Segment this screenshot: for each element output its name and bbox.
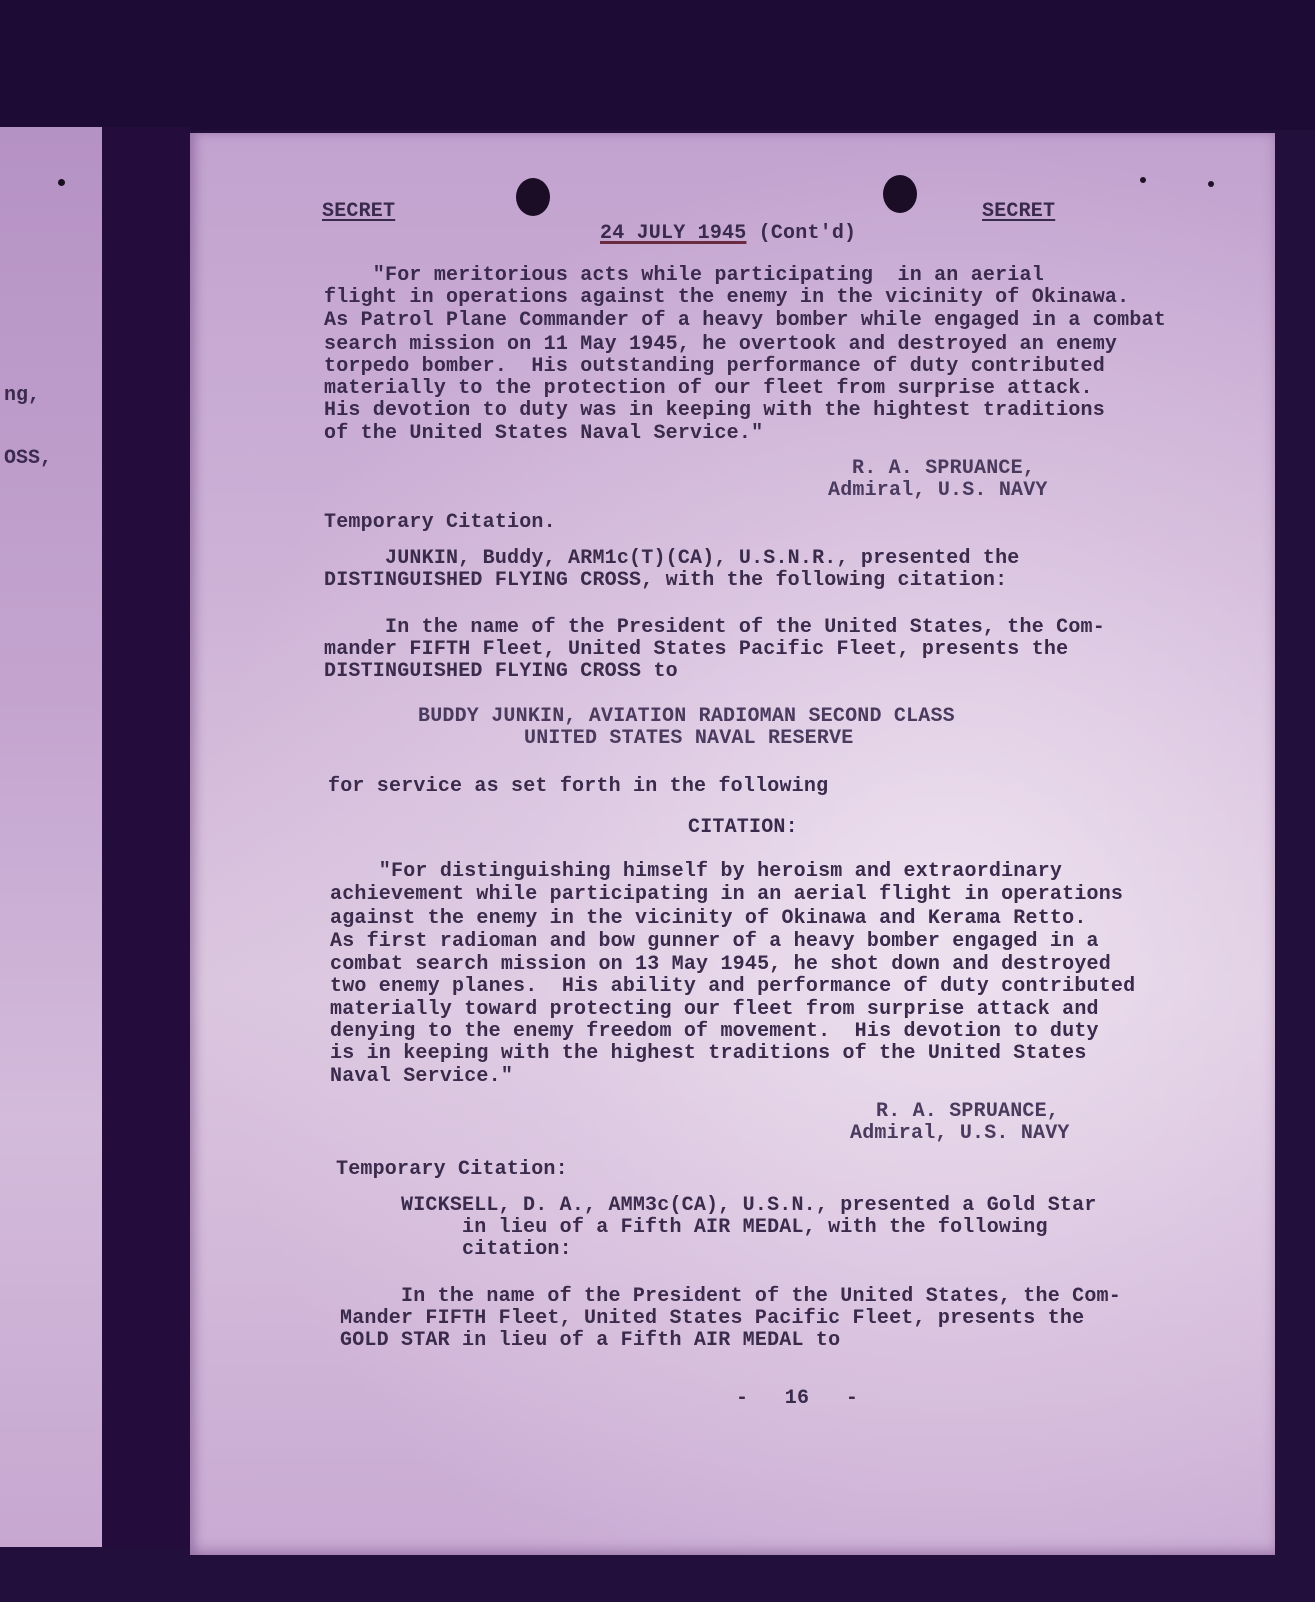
text-line: Naval Service."	[330, 1066, 513, 1088]
text-line: WICKSELL, D. A., AMM3c(CA), U.S.N., pres…	[340, 1195, 1097, 1217]
text-line: against the enemy in the vicinity of Oki…	[330, 908, 1087, 930]
text-line: search mission on 11 May 1945, he overto…	[324, 334, 1117, 356]
classification-right: SECRET	[982, 201, 1055, 223]
speck	[1140, 177, 1146, 183]
text-line: "For meritorious acts while participatin…	[324, 265, 1044, 287]
film-gap	[102, 127, 190, 1547]
text-line: DISTINGUISHED FLYING CROSS to	[324, 661, 678, 683]
recipient-name: BUDDY JUNKIN, AVIATION RADIOMAN SECOND C…	[418, 706, 955, 728]
text-line: flight in operations against the enemy i…	[324, 287, 1129, 309]
text-line: His devotion to duty was in keeping with…	[324, 400, 1105, 422]
text-line: two enemy planes. His ability and perfor…	[330, 976, 1135, 998]
text-line: materially toward protecting our fleet f…	[330, 999, 1099, 1021]
document-page: SECRET SECRET 24 JULY 1945 (Cont'd) "For…	[190, 133, 1275, 1555]
page-number: - 16 -	[736, 1388, 858, 1410]
section-heading: Temporary Citation:	[336, 1159, 568, 1181]
speck	[58, 179, 65, 186]
text-line: In the name of the President of the Unit…	[324, 617, 1105, 639]
left-page-text-fragment: OSS,	[4, 447, 52, 470]
recipient-unit: UNITED STATES NAVAL RESERVE	[524, 728, 853, 750]
text-line: DISTINGUISHED FLYING CROSS, with the fol…	[324, 570, 1007, 592]
text-line: in lieu of a Fifth AIR MEDAL, with the f…	[340, 1217, 1048, 1239]
film-border-top	[0, 0, 1315, 130]
adjacent-page-fragment: ng, OSS,	[0, 127, 102, 1547]
date-text: 24 JULY 1945	[600, 222, 746, 245]
text-line: mander FIFTH Fleet, United States Pacifi…	[324, 639, 1068, 661]
citation-label: CITATION:	[688, 817, 798, 839]
text-line: GOLD STAR in lieu of a Fifth AIR MEDAL t…	[340, 1330, 840, 1352]
text-line: materially to the protection of our flee…	[324, 378, 1093, 400]
classification-left: SECRET	[322, 201, 395, 223]
text-line: As first radioman and bow gunner of a he…	[330, 931, 1099, 953]
text-line: of the United States Naval Service."	[324, 423, 763, 445]
punch-hole	[883, 175, 917, 213]
text-line: citation:	[340, 1239, 572, 1261]
signature-name: R. A. SPRUANCE,	[852, 458, 1035, 480]
signature-name: R. A. SPRUANCE,	[876, 1101, 1059, 1123]
text-line: is in keeping with the highest tradition…	[330, 1043, 1087, 1065]
page-date: 24 JULY 1945 (Cont'd)	[600, 223, 856, 245]
text-line: In the name of the President of the Unit…	[340, 1286, 1121, 1308]
text-line: "For distinguishing himself by heroism a…	[330, 861, 1062, 883]
punch-hole	[516, 178, 550, 216]
section-heading: Temporary Citation.	[324, 512, 556, 534]
text-line: torpedo bomber. His outstanding performa…	[324, 356, 1105, 378]
text-line: achievement while participating in an ae…	[330, 884, 1123, 906]
date-suffix: (Cont'd)	[759, 222, 857, 245]
signature-title: Admiral, U.S. NAVY	[850, 1123, 1070, 1145]
text-line: denying to the enemy freedom of movement…	[330, 1021, 1099, 1043]
text-line: As Patrol Plane Commander of a heavy bom…	[324, 310, 1166, 332]
text-line: for service as set forth in the followin…	[328, 776, 828, 798]
left-page-text-fragment: ng,	[4, 384, 40, 407]
text-line: JUNKIN, Buddy, ARM1c(T)(CA), U.S.N.R., p…	[324, 548, 1020, 570]
speck	[1208, 181, 1214, 187]
text-line: Mander FIFTH Fleet, United States Pacifi…	[340, 1308, 1084, 1330]
signature-title: Admiral, U.S. NAVY	[828, 480, 1048, 502]
text-line: combat search mission on 13 May 1945, he…	[330, 954, 1111, 976]
